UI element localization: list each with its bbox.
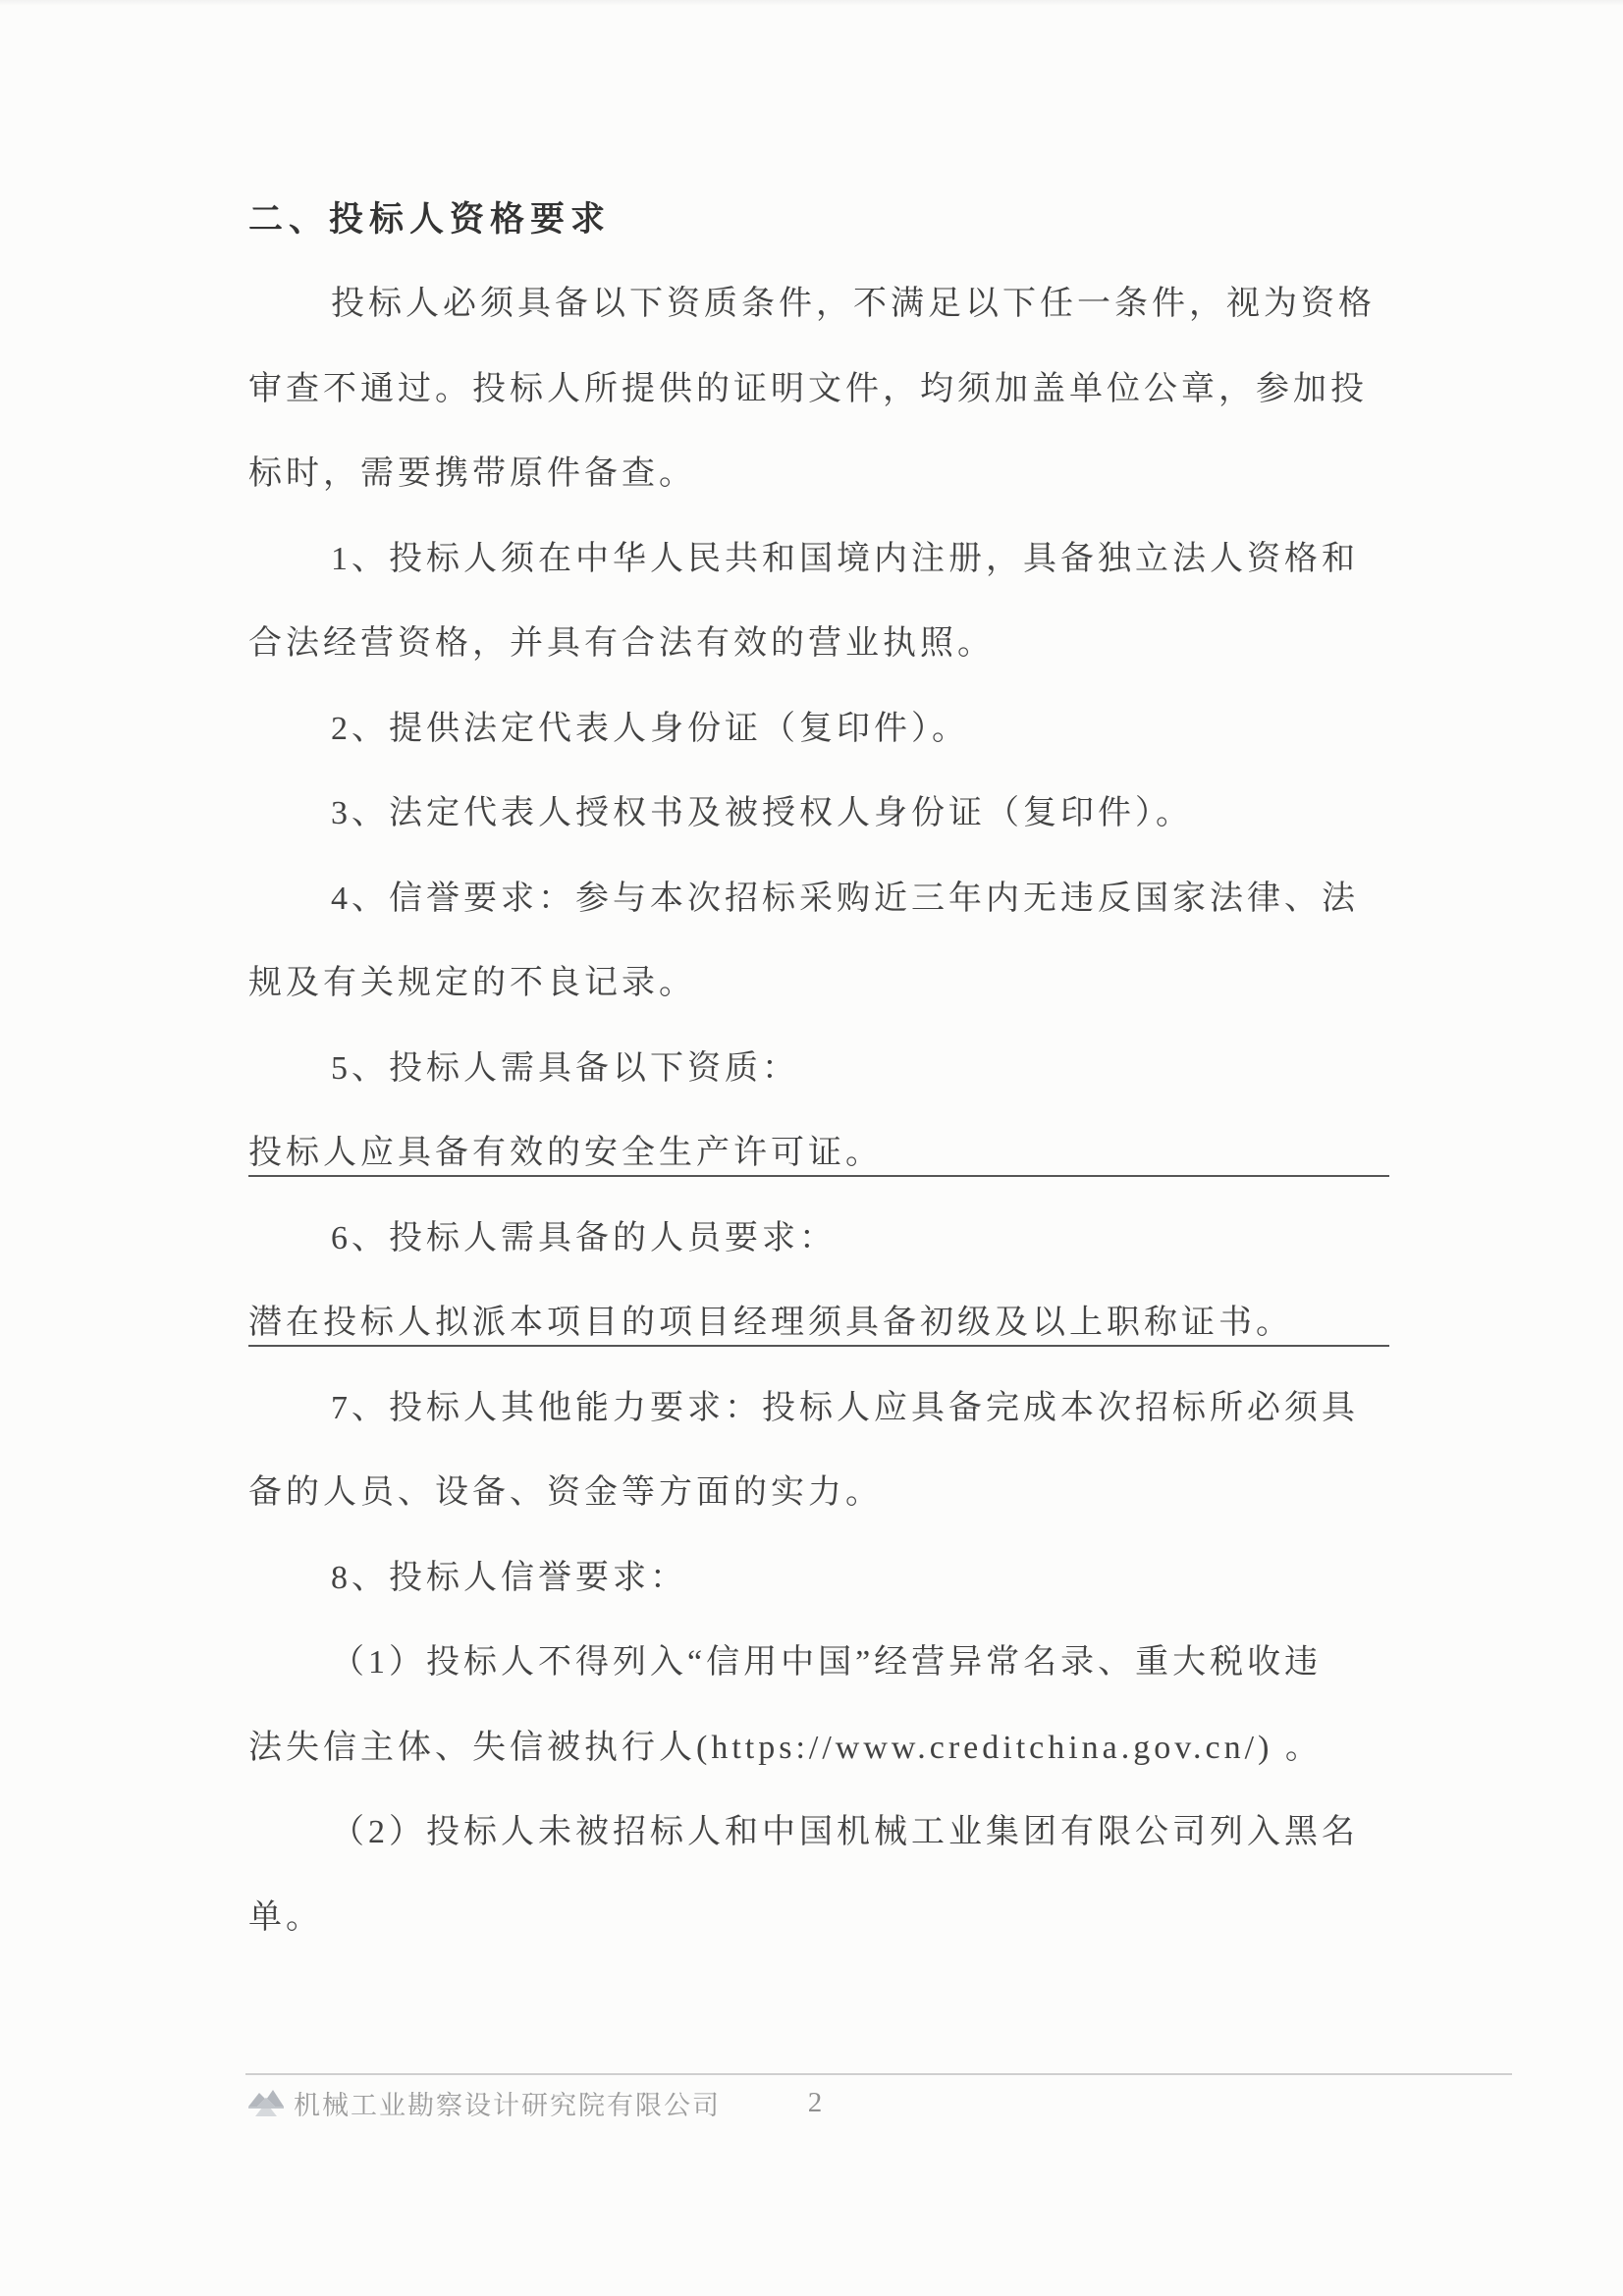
section-heading: 二、投标人资格要求: [248, 192, 611, 241]
text-line: 法失信主体、失信被执行人(https://www.creditchina.gov…: [248, 1706, 1389, 1791]
mountain-logo-icon: [248, 2088, 284, 2117]
text-line: 单。: [248, 1876, 1389, 1961]
text-line: 4、信誉要求：参与本次招标采购近三年内无违反国家法律、法: [248, 857, 1389, 942]
underlined-text-line: 投标人应具备有效的安全生产许可证。: [248, 1111, 1389, 1197]
text-line: 3、法定代表人授权书及被授权人身份证（复印件）。: [248, 772, 1389, 857]
text-line: 标时，需要携带原件备查。: [248, 432, 1389, 517]
footer-company-name: 机械工业勘察设计研究院有限公司: [294, 2084, 721, 2122]
text-line: 7、投标人其他能力要求：投标人应具备完成本次招标所必须具: [248, 1366, 1389, 1452]
text-line: 备的人员、设备、资金等方面的实力。: [248, 1451, 1389, 1536]
text-line: 8、投标人信誉要求：: [248, 1536, 1389, 1622]
text-line: （2）投标人未被招标人和中国机械工业集团有限公司列入黑名: [248, 1790, 1389, 1876]
footer-divider: [245, 2073, 1512, 2075]
document-page: 二、投标人资格要求 投标人必须具备以下资质条件，不满足以下任一条件，视为资格审查…: [0, 0, 1623, 2296]
text-line: 合法经营资格，并具有合法有效的营业执照。: [248, 602, 1389, 687]
text-line: 2、提供法定代表人身份证（复印件）。: [248, 687, 1389, 773]
text-line: （1）投标人不得列入“信用中国”经营异常名录、重大税收违: [248, 1621, 1389, 1706]
underlined-text-line: 潜在投标人拟派本项目的项目经理须具备初级及以上职称证书。: [248, 1281, 1389, 1366]
text-line: 规及有关规定的不良记录。: [248, 941, 1389, 1027]
page-number: 2: [785, 2079, 844, 2126]
text-line: 6、投标人需具备的人员要求：: [248, 1197, 1389, 1282]
text-line: 审查不通过。投标人所提供的证明文件，均须加盖单位公章，参加投: [248, 347, 1389, 433]
text-line: 1、投标人须在中华人民共和国境内注册，具备独立法人资格和: [248, 517, 1389, 603]
text-line: 5、投标人需具备以下资质：: [248, 1027, 1389, 1112]
document-body: 投标人必须具备以下资质条件，不满足以下任一条件，视为资格审查不通过。投标人所提供…: [248, 262, 1389, 1960]
text-line: 投标人必须具备以下资质条件，不满足以下任一条件，视为资格: [248, 262, 1389, 347]
